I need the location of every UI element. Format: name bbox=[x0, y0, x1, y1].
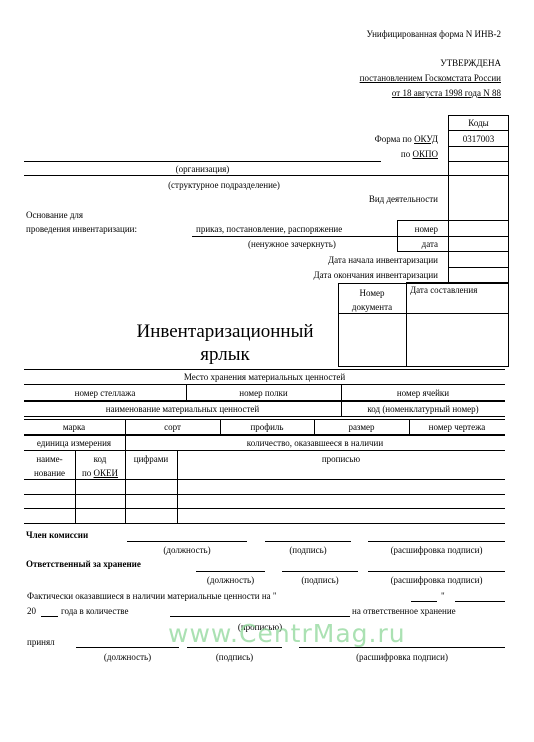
responsible-label: Ответственный за хранение bbox=[26, 560, 141, 569]
doc-number-label-2: документа bbox=[338, 303, 406, 312]
commission-member-label: Член комиссии bbox=[26, 531, 88, 540]
organization-caption: (организация) bbox=[24, 165, 381, 174]
quantity-words-field[interactable] bbox=[170, 616, 350, 617]
commission-position-field[interactable] bbox=[127, 541, 247, 542]
end-date-label: Дата окончания инвентаризации bbox=[314, 271, 438, 280]
number-label: номер bbox=[415, 225, 438, 234]
start-date-label: Дата начала инвентаризации bbox=[328, 256, 438, 265]
actual-text: Фактически оказавшиеся в наличии материа… bbox=[27, 592, 277, 601]
okpo-prefix: по bbox=[401, 149, 410, 159]
responsible-signature-field[interactable] bbox=[282, 571, 358, 572]
table-row[interactable] bbox=[24, 509, 505, 523]
month-field[interactable] bbox=[455, 601, 505, 602]
title-line1: Инвентаризационный bbox=[110, 322, 340, 341]
drawing-label: номер чертежа bbox=[409, 423, 505, 432]
quote-close: " bbox=[441, 592, 445, 601]
position-caption: (должность) bbox=[196, 576, 265, 585]
basis-note: (ненужное зачеркнуть) bbox=[248, 240, 336, 249]
day-field[interactable] bbox=[411, 601, 437, 602]
grade-label: сорт bbox=[125, 423, 220, 432]
okpo-label: ОКПО bbox=[412, 149, 438, 159]
storage-header: Место хранения материальных ценностей bbox=[24, 373, 505, 382]
custody-text: на ответственное хранение bbox=[352, 607, 456, 616]
qty-words-label: прописью bbox=[177, 455, 505, 464]
unit-code-label-2: по ОКЕИ bbox=[75, 469, 125, 478]
basis-options: приказ, постановление, распоряжение bbox=[196, 225, 342, 234]
unit-name-label-1: наиме- bbox=[24, 455, 75, 464]
signature-caption: (подпись) bbox=[282, 576, 358, 585]
year-suffix: года в количестве bbox=[61, 607, 129, 616]
approved-date: от 18 августа 1998 года N 88 bbox=[392, 89, 501, 98]
date-label: дата bbox=[422, 240, 438, 249]
accepted-position-field[interactable] bbox=[76, 647, 179, 648]
basis-line2: проведения инвентаризации: bbox=[26, 225, 137, 234]
accepted-label: принял bbox=[27, 638, 55, 647]
position-caption: (должность) bbox=[76, 653, 179, 662]
position-caption: (должность) bbox=[127, 546, 247, 555]
okud-label: ОКУД bbox=[414, 134, 438, 144]
title-line2: ярлык bbox=[110, 345, 340, 364]
shelf-label: номер полки bbox=[186, 389, 341, 398]
approved-by: постановлением Госкомстата России bbox=[360, 74, 501, 83]
watermark: www.CentrMag.ru bbox=[168, 619, 406, 648]
doc-date-label: Дата составления bbox=[410, 286, 477, 295]
doc-date-field[interactable] bbox=[407, 314, 508, 366]
okpo-row: по ОКПО bbox=[401, 150, 438, 159]
responsible-position-field[interactable] bbox=[196, 571, 265, 572]
approved-label: УТВЕРЖДЕНА bbox=[440, 59, 501, 68]
signature-caption: (подпись) bbox=[265, 546, 351, 555]
year-field[interactable] bbox=[41, 616, 58, 617]
codes-title: Коды bbox=[448, 119, 509, 128]
doc-number-field[interactable] bbox=[339, 314, 405, 366]
table-row[interactable] bbox=[24, 495, 505, 508]
responsible-decoding-field[interactable] bbox=[368, 571, 505, 572]
unit-code-prefix: по bbox=[82, 468, 91, 478]
organization-field[interactable] bbox=[24, 161, 381, 162]
brand-label: марка bbox=[24, 423, 124, 432]
okei-label: ОКЕИ bbox=[94, 468, 119, 478]
decoding-caption: (расшифровка подписи) bbox=[368, 576, 505, 585]
decoding-caption: (расшифровка подписи) bbox=[299, 653, 505, 662]
form-name: Унифицированная форма N ИНВ-2 bbox=[367, 30, 501, 39]
division-field[interactable] bbox=[24, 175, 448, 176]
okud-row: Форма по ОКУД bbox=[375, 135, 438, 144]
qty-digits-label: цифрами bbox=[125, 455, 177, 464]
division-caption: (структурное подразделение) bbox=[24, 181, 424, 190]
okud-value[interactable]: 0317003 bbox=[448, 135, 509, 144]
quantity-label: количество, оказавшееся в наличии bbox=[125, 439, 505, 448]
commission-signature-field[interactable] bbox=[265, 541, 351, 542]
year-prefix: 20 bbox=[27, 607, 36, 616]
rack-label: номер стеллажа bbox=[24, 389, 186, 398]
activity-label: Вид деятельности bbox=[369, 195, 438, 204]
table-row[interactable] bbox=[24, 480, 505, 494]
basis-line1: Основание для bbox=[26, 211, 83, 220]
doc-number-label-1: Номер bbox=[338, 289, 406, 298]
unit-label: единица измерения bbox=[24, 439, 124, 448]
signature-caption: (подпись) bbox=[187, 653, 282, 662]
size-label: размер bbox=[314, 423, 409, 432]
cell-label: номер ячейки bbox=[341, 389, 505, 398]
unit-code-label-1: код bbox=[75, 455, 125, 464]
profile-label: профиль bbox=[220, 423, 314, 432]
decoding-caption: (расшифровка подписи) bbox=[368, 546, 505, 555]
commission-decoding-field[interactable] bbox=[368, 541, 505, 542]
unit-name-label-2: нование bbox=[24, 469, 75, 478]
item-name-label: наименование материальных ценностей bbox=[24, 405, 341, 414]
item-code-label: код (номенклатурный номер) bbox=[341, 405, 505, 414]
okud-prefix: Форма по bbox=[375, 134, 412, 144]
